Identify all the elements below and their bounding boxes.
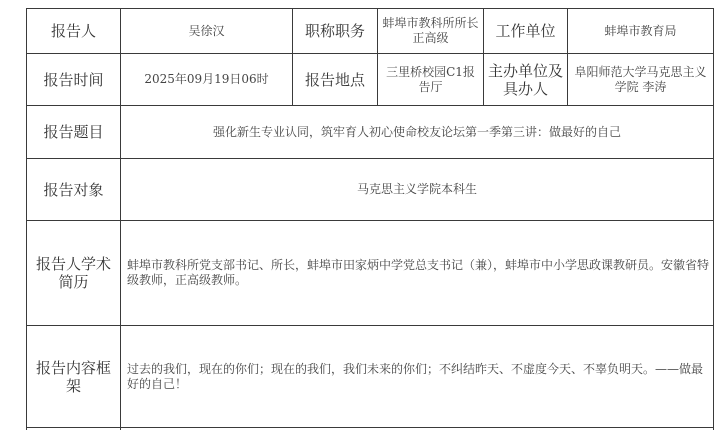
report-time-value: 2025年09月19日06时 [121,54,293,106]
bio-value: 蚌埠市教科所党支部书记、所长，蚌埠市田家炳中学党总支书记（兼），蚌埠市中小学思政… [121,221,714,326]
report-place-label: 报告地点 [293,54,378,106]
work-unit-label: 工作单位 [484,9,568,54]
table-row-topic: 报告题目 强化新生专业认同，筑牢育人初心使命校友论坛第一季第三讲：做最好的自己 [27,106,714,159]
title-position-label: 职称职务 [293,9,378,54]
audience-label: 报告对象 [27,159,121,221]
table-row-bio: 报告人学术简历 蚌埠市教科所党支部书记、所长，蚌埠市田家炳中学党总支书记（兼），… [27,221,714,326]
bio-label: 报告人学术简历 [27,221,121,326]
title-position-value: 蚌埠市教科所所长正高级 [378,9,484,54]
report-time-label: 报告时间 [27,54,121,106]
work-unit-value: 蚌埠市教育局 [568,9,714,54]
outline-value: 过去的我们，现在的你们；现在的我们，我们未来的你们；不纠结昨天、不虚度今天、不辜… [121,326,714,428]
speaker-label: 报告人 [27,9,121,54]
table-row-time-place: 报告时间 2025年09月19日06时 报告地点 三里桥校园C1报告厅 主办单位… [27,54,714,106]
audience-value: 马克思主义学院本科生 [121,159,714,221]
table-row-speaker: 报告人 吴徐汉 职称职务 蚌埠市教科所所长正高级 工作单位 蚌埠市教育局 [27,9,714,54]
table-row-audience: 报告对象 马克思主义学院本科生 [27,159,714,221]
report-place-value: 三里桥校园C1报告厅 [378,54,484,106]
organizer-label: 主办单位及具办人 [484,54,568,106]
topic-value: 强化新生专业认同，筑牢育人初心使命校友论坛第一季第三讲：做最好的自己 [121,106,714,159]
speaker-value: 吴徐汉 [121,9,293,54]
topic-label: 报告题目 [27,106,121,159]
table-row-outline: 报告内容框架 过去的我们，现在的你们；现在的我们，我们未来的你们；不纠结昨天、不… [27,326,714,428]
organizer-value: 阜阳师范大学马克思主义学院 李涛 [568,54,714,106]
report-info-table: 报告人 吴徐汉 职称职务 蚌埠市教科所所长正高级 工作单位 蚌埠市教育局 报告时… [26,8,714,430]
outline-label: 报告内容框架 [27,326,121,428]
